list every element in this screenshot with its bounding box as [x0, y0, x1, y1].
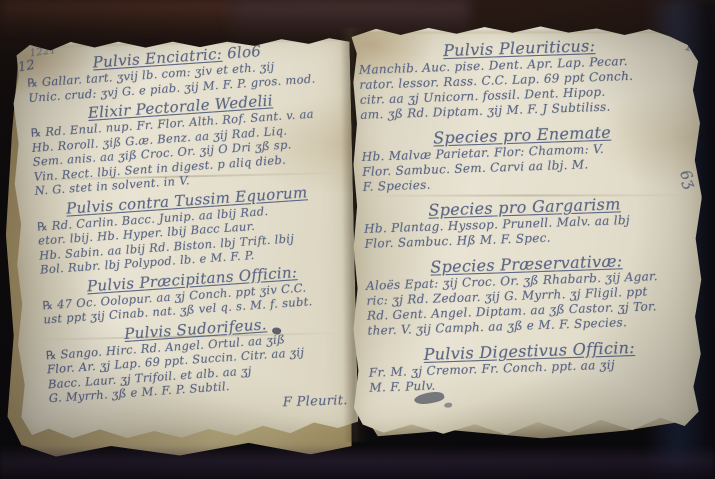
- torn-top-edge: [352, 24, 702, 35]
- recipe-section: Elixir Pectorale Wedelii℞ Rd. Enul. nup.…: [29, 87, 336, 198]
- recipe-section: Pulvis Pleuriticus:Manchib. Auc. pise. D…: [358, 33, 682, 123]
- table-shadow: [0, 445, 715, 479]
- recipe-section: Species Præservativæ:Aloës Epat: ʒij Cro…: [365, 249, 689, 339]
- left-page: 1221 12 Pulvis Enciatric: 6lo6℞ Gallar. …: [9, 32, 358, 442]
- open-book: 1221 12 Pulvis Enciatric: 6lo6℞ Gallar. …: [2, 21, 712, 465]
- right-page-number: 12: [683, 39, 702, 57]
- photo-of-manuscript: 1221 12 Pulvis Enciatric: 6lo6℞ Gallar. …: [0, 0, 715, 479]
- recipe-section: Pulvis Sudorifeus.℞ Sango. Hirc. Rd. Ang…: [44, 309, 350, 405]
- right-page: 12 6ʒ Pulvis Pleuriticus:Manchib. Auc. p…: [352, 24, 703, 437]
- ink-blot: [444, 403, 452, 408]
- left-page-text: Pulvis Enciatric: 6lo6℞ Gallar. tart. ʒv…: [26, 38, 352, 424]
- right-page-text: Pulvis Pleuriticus:Manchib. Auc. pise. D…: [358, 33, 692, 403]
- recipe-section: Species pro EnemateHb. Malvæ Parietar. F…: [361, 120, 685, 195]
- recipe-section: Pulvis Digestivus Officin:Fr. M. ʒj Crem…: [368, 336, 691, 396]
- recipe-section: Species pro GargarismHb. Plantag. Hyssop…: [363, 192, 686, 252]
